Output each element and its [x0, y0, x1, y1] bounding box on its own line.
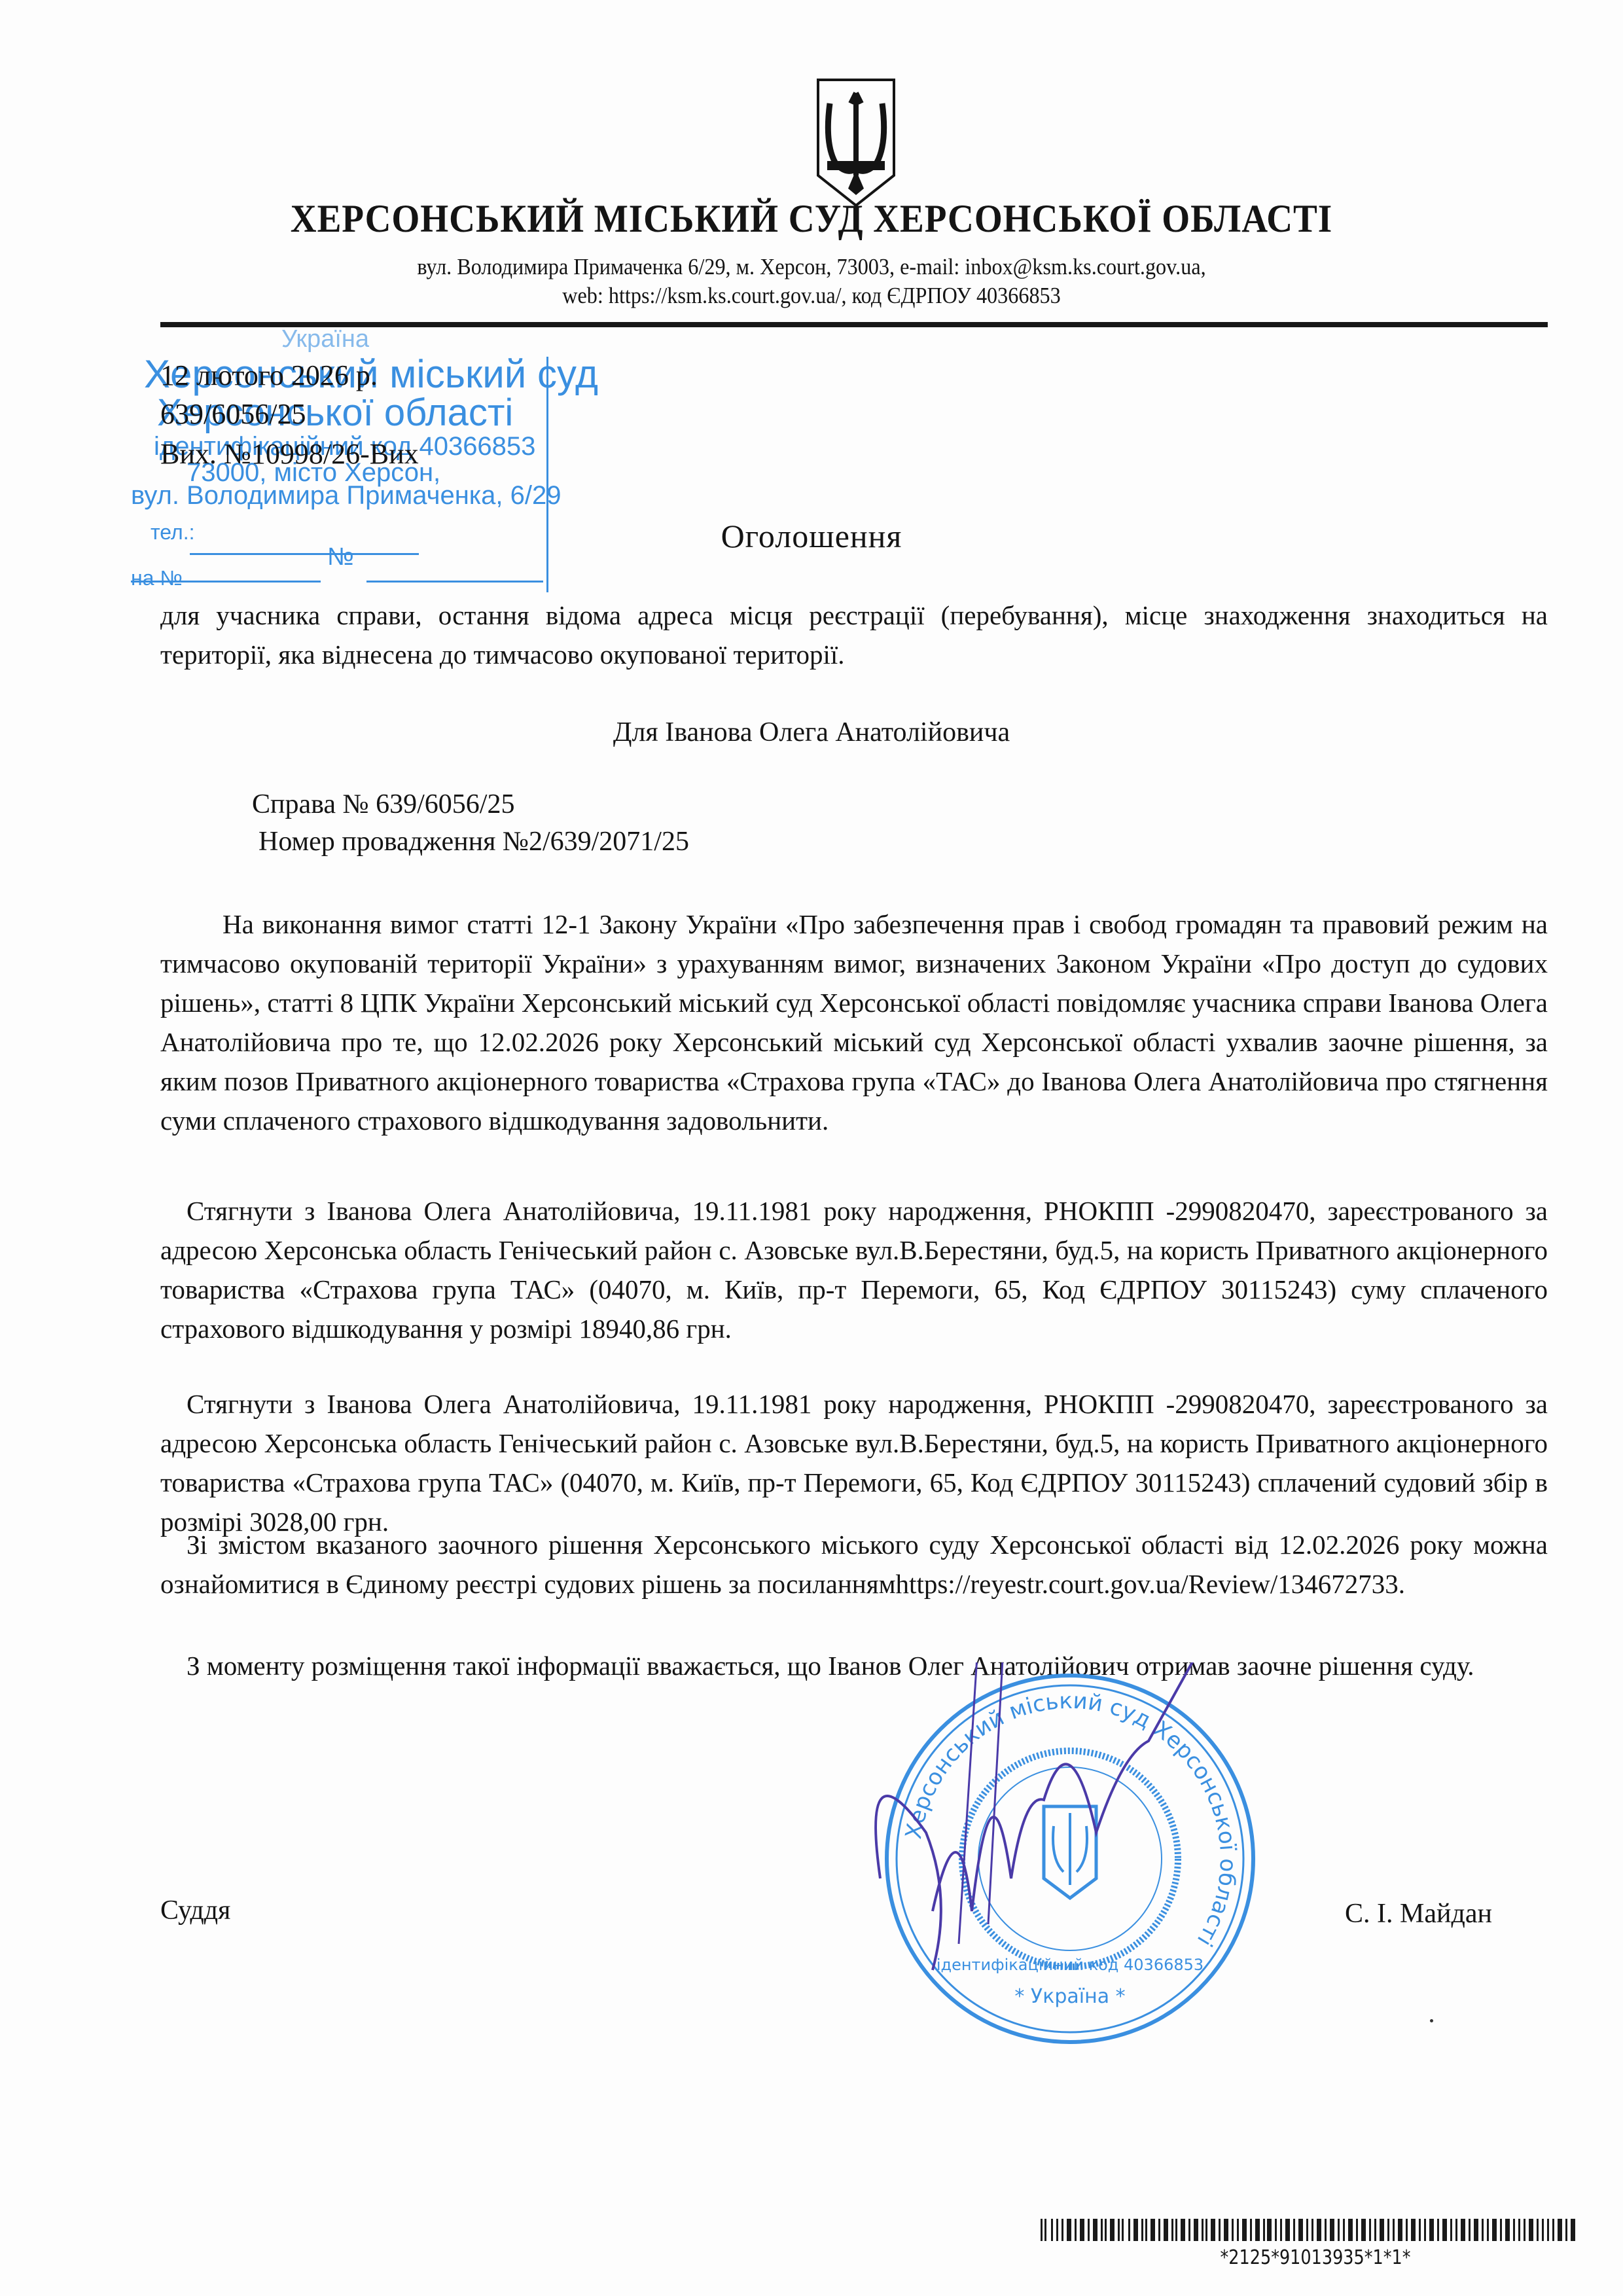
svg-text:* Україна *: * Україна *	[1014, 1985, 1125, 2008]
stamp-border	[546, 357, 548, 592]
notice-recipient: Для Іванова Олега Анатолійовича	[0, 717, 1623, 748]
stamp-no-line-right	[366, 581, 543, 583]
trident-emblem-icon	[815, 77, 897, 208]
stamp-line-country: Україна	[281, 325, 369, 353]
proceeding-number: Номер провадження №2/639/2071/25	[259, 826, 689, 857]
court-web-and-code: web: https://ksm.ks.court.gov.ua/, код Є…	[65, 283, 1558, 309]
stamp-ref-label: на №	[131, 566, 183, 590]
svg-text:ідентифікаційний код 40366853: ідентифікаційний код 40366853	[936, 1956, 1204, 1974]
judge-name: С. І. Майдан	[1345, 1898, 1492, 1929]
notice-intro: для учасника справи, остання відома адре…	[160, 596, 1548, 674]
notice-title: Оголошення	[0, 517, 1623, 555]
court-seal-icon: Херсонський міський суд Херсонської обла…	[874, 1662, 1266, 2055]
paragraph-registry-link: Зі змістом вказаного заочного рішення Хе…	[160, 1525, 1548, 1604]
barcode-icon	[1041, 2219, 1577, 2241]
paragraph-receipt-deemed: З моменту розміщення такої інформації вв…	[160, 1646, 1548, 1685]
document-date: 12 лютого 2026 р.	[160, 359, 378, 392]
judge-role-label: Суддя	[160, 1895, 230, 1926]
court-name-heading: ХЕРСОНСЬКИЙ МІСЬКИЙ СУД ХЕРСОНСЬКОЇ ОБЛА…	[65, 196, 1558, 242]
document-case-ref: 639/6056/25	[160, 397, 306, 431]
barcode-number: *2125*91013935*1*1*	[1143, 2246, 1488, 2269]
scan-speck	[1430, 2019, 1433, 2022]
case-number: Справа № 639/6056/25	[252, 789, 514, 820]
stamp-line-street: вул. Володимира Примаченка, 6/29	[131, 481, 561, 511]
outgoing-number: Вих. №10998/26-Вих	[160, 437, 419, 471]
paragraph-decision: На виконання вимог статті 12-1 Закону Ук…	[160, 905, 1548, 1140]
court-address: вул. Володимира Примаченка 6/29, м. Херс…	[65, 254, 1558, 280]
paragraph-recovery-compensation: Стягнути з Іванова Олега Анатолійовича, …	[160, 1191, 1548, 1348]
paragraph-recovery-court-fee: Стягнути з Іванова Олега Анатолійовича, …	[160, 1384, 1548, 1541]
